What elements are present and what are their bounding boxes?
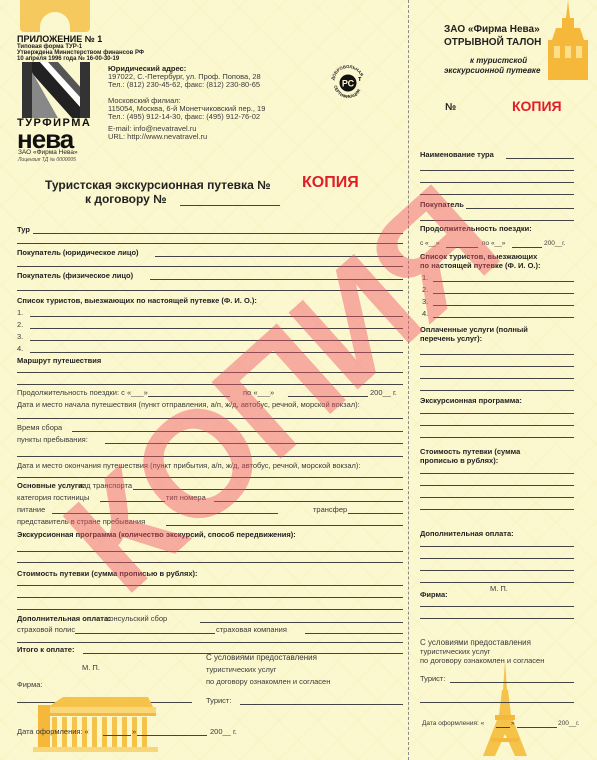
stub-cost-field-1[interactable] xyxy=(420,473,574,474)
buyer-individual-label: Покупатель (физическое лицо) xyxy=(17,271,133,280)
start-place-label: Дата и место начала путешествия (пункт о… xyxy=(17,400,360,409)
stub-tourist-field-4[interactable] xyxy=(433,317,574,318)
excursion-program-label: Экскурсионная программа (количество экск… xyxy=(17,530,296,539)
buyer-legal-label: Покупатель (юридическое лицо) xyxy=(17,248,139,257)
total-label: Итого к оплате: xyxy=(17,645,74,654)
stub-duration-label: Продолжительность поездки: xyxy=(420,224,532,233)
tour-field[interactable] xyxy=(33,233,403,234)
stub-buyer-label: Покупатель xyxy=(420,200,464,209)
stub-tourist-field[interactable] xyxy=(450,682,574,683)
stub-extra-payment-field-4[interactable] xyxy=(420,582,574,583)
stub-cost-field-2[interactable] xyxy=(420,485,574,486)
voucher-title: Туристская экскурсионная путевка № xyxy=(45,178,270,192)
insurance-field-2[interactable] xyxy=(17,642,403,643)
transfer-field[interactable] xyxy=(348,513,403,514)
stub-excursion-field-1[interactable] xyxy=(420,413,574,414)
stay-points-field[interactable] xyxy=(105,443,403,444)
excursion-program-field-2[interactable] xyxy=(17,562,403,563)
issue-month-field[interactable] xyxy=(137,735,207,736)
stub-extra-payment-label: Дополнительная оплата: xyxy=(420,529,514,538)
route-field-2[interactable] xyxy=(17,384,403,385)
stub-issue-year: 200__г. xyxy=(558,720,579,727)
appendix-label: ПРИЛОЖЕНИЕ № 1 xyxy=(17,34,102,44)
stub-issue-date-label: Дата оформления: « xyxy=(422,720,484,727)
stub-agreement-1: С условиями предоставления xyxy=(420,638,531,647)
tour-label: Тур xyxy=(17,225,30,234)
route-label: Маршрут путешествия xyxy=(17,356,101,365)
tourists-list-label: Список туристов, выезжающих по настоящей… xyxy=(17,296,257,305)
buyer-individual-field[interactable] xyxy=(150,279,403,280)
buyer-legal-field-2[interactable] xyxy=(17,266,403,267)
stub-buyer-field-2[interactable] xyxy=(420,220,574,221)
logo-license: Лицензия ТД № 0000005 xyxy=(18,157,76,163)
stub-copy-mark: КОПИЯ xyxy=(512,98,562,114)
svg-text:РС: РС xyxy=(342,79,355,89)
excursion-program-field[interactable] xyxy=(17,551,403,552)
duration-to-label: по «___» xyxy=(243,388,274,397)
agreement-line-1: С условиями предоставления xyxy=(206,653,317,662)
agreement-line-2: туристических услуг xyxy=(206,665,276,674)
turfirma-neva-logo xyxy=(18,62,94,118)
stub-paid-services-field-4[interactable] xyxy=(420,390,574,391)
start-place-field[interactable] xyxy=(17,418,403,419)
stub-issue-day-field[interactable] xyxy=(496,727,510,728)
tourist-signature-field[interactable] xyxy=(240,704,403,705)
voucher-page: ПРИЛОЖЕНИЕ № 1 Типовая форма ТУР-1 Утвер… xyxy=(0,0,597,760)
tourist-field-1[interactable] xyxy=(30,316,403,317)
stub-buyer-field[interactable] xyxy=(466,208,574,209)
copy-mark: КОПИЯ xyxy=(302,174,359,192)
transfer-label: трансфер xyxy=(313,505,347,514)
stub-tour-name-field[interactable] xyxy=(506,158,574,159)
stub-extra-payment-field-2[interactable] xyxy=(420,558,574,559)
stay-points-field-2[interactable] xyxy=(17,456,403,457)
tourist-field-2[interactable] xyxy=(30,328,403,329)
contract-number-label: к договору № xyxy=(85,192,167,206)
tourist-field-4[interactable] xyxy=(30,352,403,353)
arch-decoration xyxy=(20,0,90,32)
firm-label: Фирма: xyxy=(17,680,42,689)
stub-subtitle-2: экскурсионной путевке xyxy=(444,66,540,75)
cost-field-2[interactable] xyxy=(17,597,403,598)
stub-agreement-2: туристических услуг xyxy=(420,647,490,656)
stub-duration-to-field[interactable] xyxy=(512,247,542,248)
hotel-category-field[interactable] xyxy=(100,501,165,502)
stub-tour-name-field-4[interactable] xyxy=(420,194,574,195)
stub-firm-label: Фирма: xyxy=(420,590,448,599)
stub-issue-date-close: » xyxy=(511,720,515,727)
stub-paid-services-1: Оплаченные услуги (полный xyxy=(420,325,528,334)
stub-tourist-field-2[interactable] xyxy=(420,702,574,703)
buyer-legal-field[interactable] xyxy=(155,256,403,257)
stub-duration-from-field[interactable] xyxy=(446,247,478,248)
stub-title: ОТРЫВНОЙ ТАЛОН xyxy=(444,37,541,48)
stub-tourist-number-3: 3. xyxy=(422,297,428,306)
tourist-field-3[interactable] xyxy=(30,340,403,341)
stub-excursion-label: Экскурсионная программа: xyxy=(420,396,522,405)
logo-company: ЗАО «Фирма Нева» xyxy=(18,149,78,156)
room-type-field[interactable] xyxy=(214,501,403,502)
stub-tourist-number-4: 4. xyxy=(422,309,428,318)
cost-field[interactable] xyxy=(17,585,403,586)
buyer-individual-field-2[interactable] xyxy=(17,290,403,291)
stub-duration-from: с «__» xyxy=(420,240,440,247)
stub-duration-year: 200__г. xyxy=(544,240,565,247)
issue-year: 200__ г. xyxy=(210,727,237,736)
meals-label: питание xyxy=(17,505,45,514)
cost-label: Стоимость путевки (сумма прописью в рубл… xyxy=(17,569,198,578)
hotel-category-label: категория гостиницы xyxy=(17,493,89,502)
tourist-number-3: 3. xyxy=(17,332,23,341)
tourist-number-1: 1. xyxy=(17,308,23,317)
stub-firm-field-1[interactable] xyxy=(420,606,574,607)
transport-type-label: вид транспорта xyxy=(78,481,132,490)
duration-label: Продолжительность поездки: с «___» xyxy=(17,388,148,397)
tourist-signature-label: Турист: xyxy=(206,696,231,705)
gather-time-field[interactable] xyxy=(72,431,403,432)
main-services-label: Основные услуги: xyxy=(17,481,85,490)
stub-company: ЗАО «Фирма Нева» xyxy=(444,24,540,35)
consular-fee-field[interactable] xyxy=(200,622,403,623)
stub-paid-services-field-3[interactable] xyxy=(420,378,574,379)
stub-cost-field-4[interactable] xyxy=(420,509,574,510)
stub-agreement-3: по договору ознакомлен и согласен xyxy=(420,656,544,665)
rst-certification-icon: ДОБРОВОЛЬНАЯ СЕРТИФИКАЦИЯ РС т xyxy=(328,62,368,102)
stub-tourist-field-3[interactable] xyxy=(433,305,574,306)
agreement-line-3: по договору ознакомлен и согласен xyxy=(206,677,330,686)
consular-fee-label: консульский сбор xyxy=(106,614,167,623)
stub-paid-services-field-2[interactable] xyxy=(420,366,574,367)
stub-tourist-label: Турист: xyxy=(420,674,445,683)
stub-tourist-number-1: 1. xyxy=(422,273,428,282)
stub-extra-payment-field-3[interactable] xyxy=(420,570,574,571)
stub-duration-to: по «__» xyxy=(482,240,505,247)
stub-issue-month-field[interactable] xyxy=(517,727,557,728)
stub-stamp-label: М. П. xyxy=(490,584,508,593)
transport-type-field[interactable] xyxy=(133,489,403,490)
route-field[interactable] xyxy=(17,372,403,373)
insurance-company-label: страховая компания xyxy=(216,625,287,634)
stub-tourist-number-2: 2. xyxy=(422,285,428,294)
cost-field-3[interactable] xyxy=(17,609,403,610)
stay-points-label: пункты пребывания: xyxy=(17,435,88,444)
stub-tour-name-label: Наименование тура xyxy=(420,150,494,159)
moscow-phone: Тел.: (495) 912-14-30, факс: (495) 912-7… xyxy=(108,112,260,121)
stub-subtitle-1: к туристской xyxy=(470,56,527,65)
representative-field[interactable] xyxy=(166,525,403,526)
website-url[interactable]: URL: http://www.nevatravel.ru xyxy=(108,132,207,141)
stub-excursion-field-2[interactable] xyxy=(420,425,574,426)
room-type-label: тип номера xyxy=(166,493,206,502)
extra-payment-label: Дополнительная оплата: xyxy=(17,614,111,623)
end-place-field[interactable] xyxy=(17,477,403,478)
duration-to-field[interactable] xyxy=(288,396,368,397)
tourist-number-2: 2. xyxy=(17,320,23,329)
issue-date-label: Дата оформления: « xyxy=(17,727,89,736)
eiffel-tower-icon xyxy=(475,660,535,760)
end-place-label: Дата и место окончания путешествия (пунк… xyxy=(17,461,360,470)
svg-text:т: т xyxy=(358,76,362,83)
insurance-policy-label: страховой полис xyxy=(17,625,75,634)
gather-time-label: Время сбора xyxy=(17,423,62,432)
issue-date-close: » xyxy=(132,727,136,736)
stub-number-label: № xyxy=(445,102,456,113)
tourist-number-4: 4. xyxy=(17,344,23,353)
stub-cost-label-2: прописью в рублях): xyxy=(420,456,498,465)
stub-tourist-field-2[interactable] xyxy=(433,293,574,294)
stub-extra-payment-field-1[interactable] xyxy=(420,546,574,547)
meals-field[interactable] xyxy=(52,513,278,514)
stub-paid-services-2: перечень услуг): xyxy=(420,334,482,343)
duration-year: 200__ г. xyxy=(370,388,397,397)
stub-excursion-field-3[interactable] xyxy=(420,437,574,438)
legal-phone: Тел.: (812) 230-45-62, факс: (812) 230-8… xyxy=(108,80,260,89)
stub-tour-name-field-3[interactable] xyxy=(420,182,574,183)
stub-firm-field-2[interactable] xyxy=(420,618,574,619)
stub-tour-name-field-2[interactable] xyxy=(420,170,574,171)
tear-off-perforation[interactable] xyxy=(408,0,409,760)
duration-from-field[interactable] xyxy=(148,396,230,397)
tour-field-2[interactable] xyxy=(17,243,403,244)
stamp-label: М. П. xyxy=(82,663,100,672)
stub-cost-label-1: Стоимость путевки (сумма xyxy=(420,447,520,456)
representative-label: представитель в стране пребывания xyxy=(17,517,145,526)
stub-paid-services-field-1[interactable] xyxy=(420,354,574,355)
insurance-policy-field[interactable] xyxy=(75,633,215,634)
stub-tourist-field-1[interactable] xyxy=(433,281,574,282)
insurance-company-field[interactable] xyxy=(305,633,403,634)
issue-day-field[interactable] xyxy=(103,735,131,736)
contract-number-field[interactable] xyxy=(180,205,280,206)
stub-cost-field-3[interactable] xyxy=(420,497,574,498)
admiralty-spire-icon xyxy=(540,0,595,80)
stub-tourists-label-1: Список туристов, выезжающих xyxy=(420,252,537,261)
stub-tourists-label-2: по настоящей путевке (Ф. И. О.): xyxy=(420,261,541,270)
palace-building-icon xyxy=(28,695,158,755)
